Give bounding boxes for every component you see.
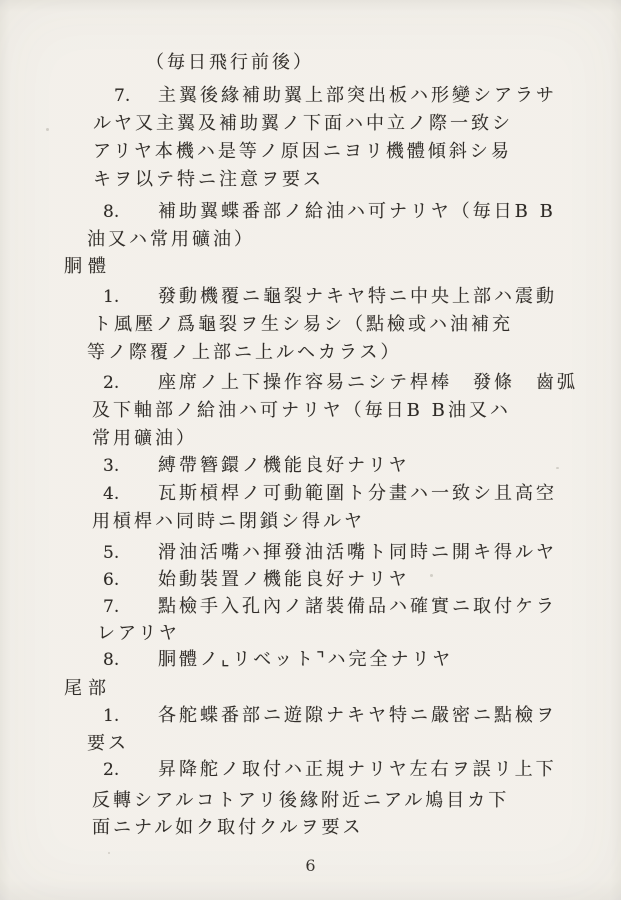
section-title-tail: 尾部 [64,678,112,700]
item-text: 昇降舵ノ取付ハ正規ナリヤ左右ヲ誤リ上下 [158,759,557,780]
scan-speckle [430,574,433,577]
item-text: 座席ノ上下操作容易ニシテ桿棒 發條 齒弧 [158,372,578,393]
item-number: 2. [103,759,158,781]
item-number: 1. [103,286,158,308]
item-text: 滑油活嘴ハ揮發油活嘴ト同時ニ開キ得ルヤ [158,542,557,563]
item-number: 8. [103,201,158,223]
continuation-line: レアリヤ [97,623,180,645]
checklist-item: 2.昇降舵ノ取付ハ正規ナリヤ左右ヲ誤リ上下 [103,759,557,781]
checklist-item: 3.縛帶簪鐶ノ機能良好ナリヤ [103,455,410,477]
section-title-fuselage: 胴體 [64,256,112,278]
checklist-item: 8.補助翼蝶番部ノ給油ハ可ナリヤ（毎日B B [103,201,556,223]
continuation-line: ト風壓ノ爲龜裂ヲ生シ易シ（點檢或ハ油補充 [93,314,513,336]
item-number: 8. [103,649,158,671]
continuation-line: 油又ハ常用礦油） [87,229,255,251]
document-page: （毎日飛行前後） 7.主翼後緣補助翼上部突出板ハ形變シアラサ ルヤ又主翼及補助翼… [0,0,621,900]
scan-speckle [46,128,49,131]
checklist-item: 6.始動裝置ノ機能良好ナリヤ [103,569,410,591]
checklist-item: 5.滑油活嘴ハ揮發油活嘴ト同時ニ開キ得ルヤ [103,542,557,564]
checklist-item: 2.座席ノ上下操作容易ニシテ桿棒 發條 齒弧 [103,372,578,394]
checklist-item: 7.點檢手入孔內ノ諸裝備品ハ確實ニ取付ケラ [103,596,557,618]
checklist-item: 4.瓦斯槓桿ノ可動範圍ト分畫ハ一致シ且高空 [103,483,557,505]
continuation-line: 用槓桿ハ同時ニ閉鎖シ得ルヤ [92,511,365,533]
item-text: 發動機覆ニ龜裂ナキヤ特ニ中央上部ハ震動 [158,286,557,307]
item-text: 補助翼蝶番部ノ給油ハ可ナリヤ（毎日B B [158,201,556,222]
continuation-line: キヲ以テ特ニ注意ヲ要ス [93,169,324,191]
continuation-line: ルヤ又主翼及補助翼ノ下面ハ中立ノ際一致シ [93,113,513,135]
checklist-item: 7.主翼後緣補助翼上部突出板ハ形變シアラサ [114,85,557,107]
item-text: 始動裝置ノ機能良好ナリヤ [158,569,410,590]
checklist-item: 8.胴體ノ⌞リベット⌝ハ完全ナリヤ [103,649,453,671]
continuation-line: 要ス [87,733,129,755]
item-number: 4. [103,483,158,505]
item-text: 瓦斯槓桿ノ可動範圍ト分畫ハ一致シ且高空 [158,483,557,504]
item-text: 縛帶簪鐶ノ機能良好ナリヤ [158,455,410,476]
item-text: 點檢手入孔內ノ諸裝備品ハ確實ニ取付ケラ [158,596,557,617]
item-number: 6. [103,569,158,591]
scan-speckle [108,852,110,854]
scan-speckle [556,467,559,469]
item-number: 7. [114,85,158,107]
continuation-line: 及下軸部ノ給油ハ可ナリヤ（毎日B B油又ハ [92,400,511,422]
checklist-item: 1.發動機覆ニ龜裂ナキヤ特ニ中央上部ハ震動 [103,286,557,308]
item-number: 3. [103,455,158,477]
item-text: 主翼後緣補助翼上部突出板ハ形變シアラサ [158,85,557,106]
flight-note: （毎日飛行前後） [146,52,314,74]
item-number: 1. [103,705,158,727]
continuation-line: 反轉シアルコトアリ後緣附近ニアル鳩目カ下 [92,790,509,812]
continuation-line: 等ノ際覆ノ上部ニ上ルヘカラス） [87,342,401,364]
item-number: 5. [103,542,158,564]
continuation-line: アリヤ本機ハ是等ノ原因ニヨリ機體傾斜シ易 [93,141,512,163]
page-number: 6 [0,856,621,875]
continuation-line: 常用礦油） [92,428,197,450]
continuation-line: 面ニナル如ク取付クルヲ要ス [92,817,364,839]
checklist-item: 1.各舵蝶番部ニ遊隙ナキヤ特ニ嚴密ニ點檢ヲ [103,705,557,727]
item-text: 各舵蝶番部ニ遊隙ナキヤ特ニ嚴密ニ點檢ヲ [158,705,557,726]
item-number: 7. [103,596,158,618]
item-number: 2. [103,372,158,394]
item-text: 胴體ノ⌞リベット⌝ハ完全ナリヤ [158,649,453,670]
